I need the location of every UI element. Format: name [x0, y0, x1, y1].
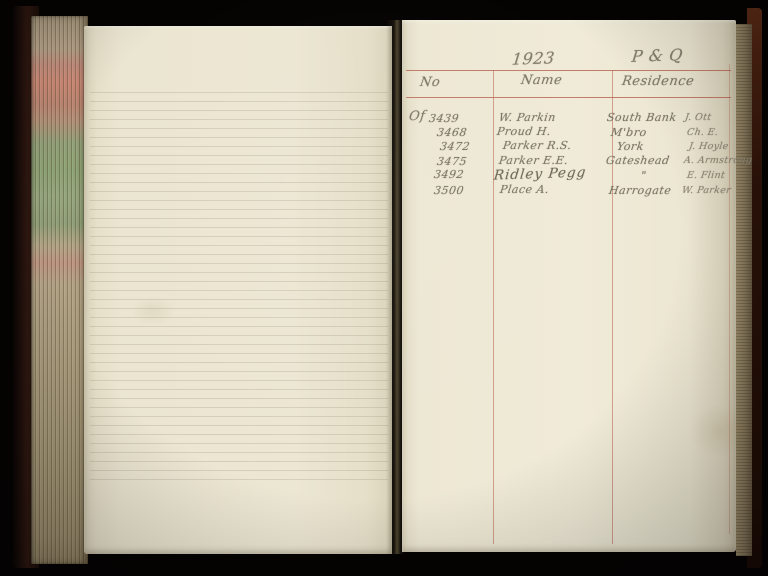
ledger-book-photo: 1923 P & Q No Name Residence Of 3439 W. …	[0, 0, 768, 576]
entry-no: 3500	[433, 184, 465, 197]
entry-residence: Harrogate	[608, 184, 672, 197]
red-rule-right-margin	[729, 64, 730, 534]
entry-no: 3468	[436, 126, 468, 139]
entry-name: Place A.	[499, 183, 550, 196]
entry-note: J. Ott	[684, 112, 712, 123]
red-rule-header-top	[406, 70, 731, 71]
page-edges-right	[736, 24, 752, 556]
entry-residence-ditto: "	[640, 169, 647, 182]
year-heading: 1923	[511, 48, 556, 68]
index-letters-heading: P & Q	[631, 45, 684, 66]
column-header-no: No	[419, 75, 441, 90]
column-header-name: Name	[520, 73, 563, 88]
entry-note: W. Parker	[681, 185, 731, 196]
entry-residence: Gateshead	[605, 154, 670, 167]
page-edges-left-marbled	[31, 16, 88, 564]
entry-residence: M'bro	[610, 126, 648, 139]
left-page-ruling-lines	[90, 92, 388, 482]
entry-name: W. Parkin	[498, 111, 557, 124]
red-rule-column-no-name	[493, 70, 494, 544]
entry-note: A. Armstrong	[683, 155, 753, 166]
red-rule-column-name-residence	[612, 70, 613, 544]
ledger-prefix-mark: Of	[408, 109, 426, 125]
entry-residence: York	[616, 140, 645, 153]
entry-note: Ch. E.	[686, 127, 719, 138]
left-page-blank	[84, 26, 392, 554]
entry-no: 3472	[439, 140, 471, 153]
entry-name: Parker R.S.	[502, 139, 572, 152]
right-page-ledger	[402, 20, 736, 552]
red-rule-header-bottom	[406, 97, 731, 98]
column-header-residence: Residence	[621, 74, 695, 89]
entry-name: Ridley Pegg	[493, 164, 587, 183]
entry-no: 3475	[436, 155, 468, 168]
entry-no: 3439	[428, 112, 460, 125]
entry-note: J. Hoyle	[688, 141, 729, 152]
entry-name: Proud H.	[496, 125, 552, 138]
entry-residence: South Bank	[606, 111, 677, 124]
entry-note: E. Flint	[686, 170, 726, 181]
entry-no: 3492	[433, 168, 465, 181]
